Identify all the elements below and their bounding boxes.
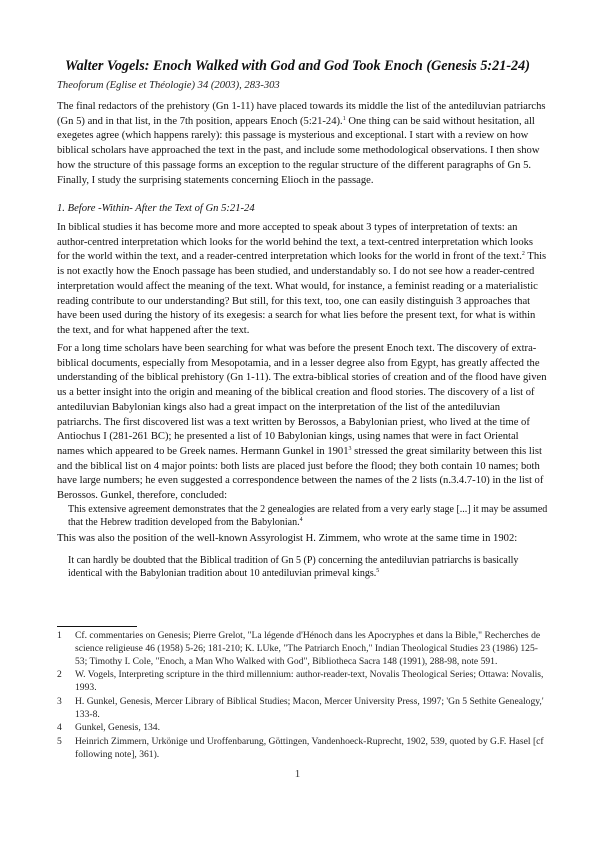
footnote-number: 3 [57,696,75,722]
paragraph-text: In biblical studies it has become more a… [57,222,533,262]
page-number: 1 [0,768,595,780]
paragraph-text: This was also the position of the well-k… [57,533,517,544]
block-quote: This extensive agreement demonstrates th… [68,503,548,530]
footnote-text: H. Gunkel, Genesis, Mercer Library of Bi… [75,696,547,722]
footnote-text: W. Vogels, Interpreting scripture in the… [75,669,547,695]
body-paragraph: For a long time scholars have been searc… [57,342,547,504]
footnote-number: 5 [57,736,75,762]
document-title: Walter Vogels: Enoch Walked with God and… [0,58,595,75]
footnote-number: 1 [57,630,75,669]
footnote-item: 2 W. Vogels, Interpreting scripture in t… [57,669,547,695]
footnote-text: Gunkel, Genesis, 134. [75,722,547,735]
document-citation: Theoforum (Eglise et Théologie) 34 (2003… [57,80,280,91]
section-heading: 1. Before -Within- After the Text of Gn … [57,203,255,214]
body-paragraph: In biblical studies it has become more a… [57,221,547,339]
block-quote: It can hardly be doubted that the Biblic… [68,554,548,581]
footnote-item: 5 Heinrich Zimmern, Urkönige und Uroffen… [57,736,547,762]
footnote-item: 3 H. Gunkel, Genesis, Mercer Library of … [57,696,547,722]
footnote-item: 1 Cf. commentaries on Genesis; Pierre Gr… [57,630,547,669]
paragraph-text: This is not exactly how the Enoch passag… [57,251,546,336]
footnote-text: Cf. commentaries on Genesis; Pierre Grel… [75,630,547,669]
footnote-separator [57,626,137,627]
body-paragraph: This was also the position of the well-k… [57,532,547,547]
footnote-text: Heinrich Zimmern, Urkönige und Uroffenba… [75,736,547,762]
footnote-number: 4 [57,722,75,735]
document-page: Walter Vogels: Enoch Walked with God and… [0,0,595,841]
footnote-ref[interactable]: 5 [376,568,379,574]
paragraph-text: For a long time scholars have been searc… [57,343,547,457]
footnote-item: 4 Gunkel, Genesis, 134. [57,722,547,735]
quote-text: It can hardly be doubted that the Biblic… [68,555,518,579]
footnotes-list: 1 Cf. commentaries on Genesis; Pierre Gr… [57,630,547,762]
quote-text: This extensive agreement demonstrates th… [68,504,547,528]
intro-paragraph: The final redactors of the prehistory (G… [57,100,547,188]
footnote-ref[interactable]: 4 [300,517,303,523]
footnote-number: 2 [57,669,75,695]
